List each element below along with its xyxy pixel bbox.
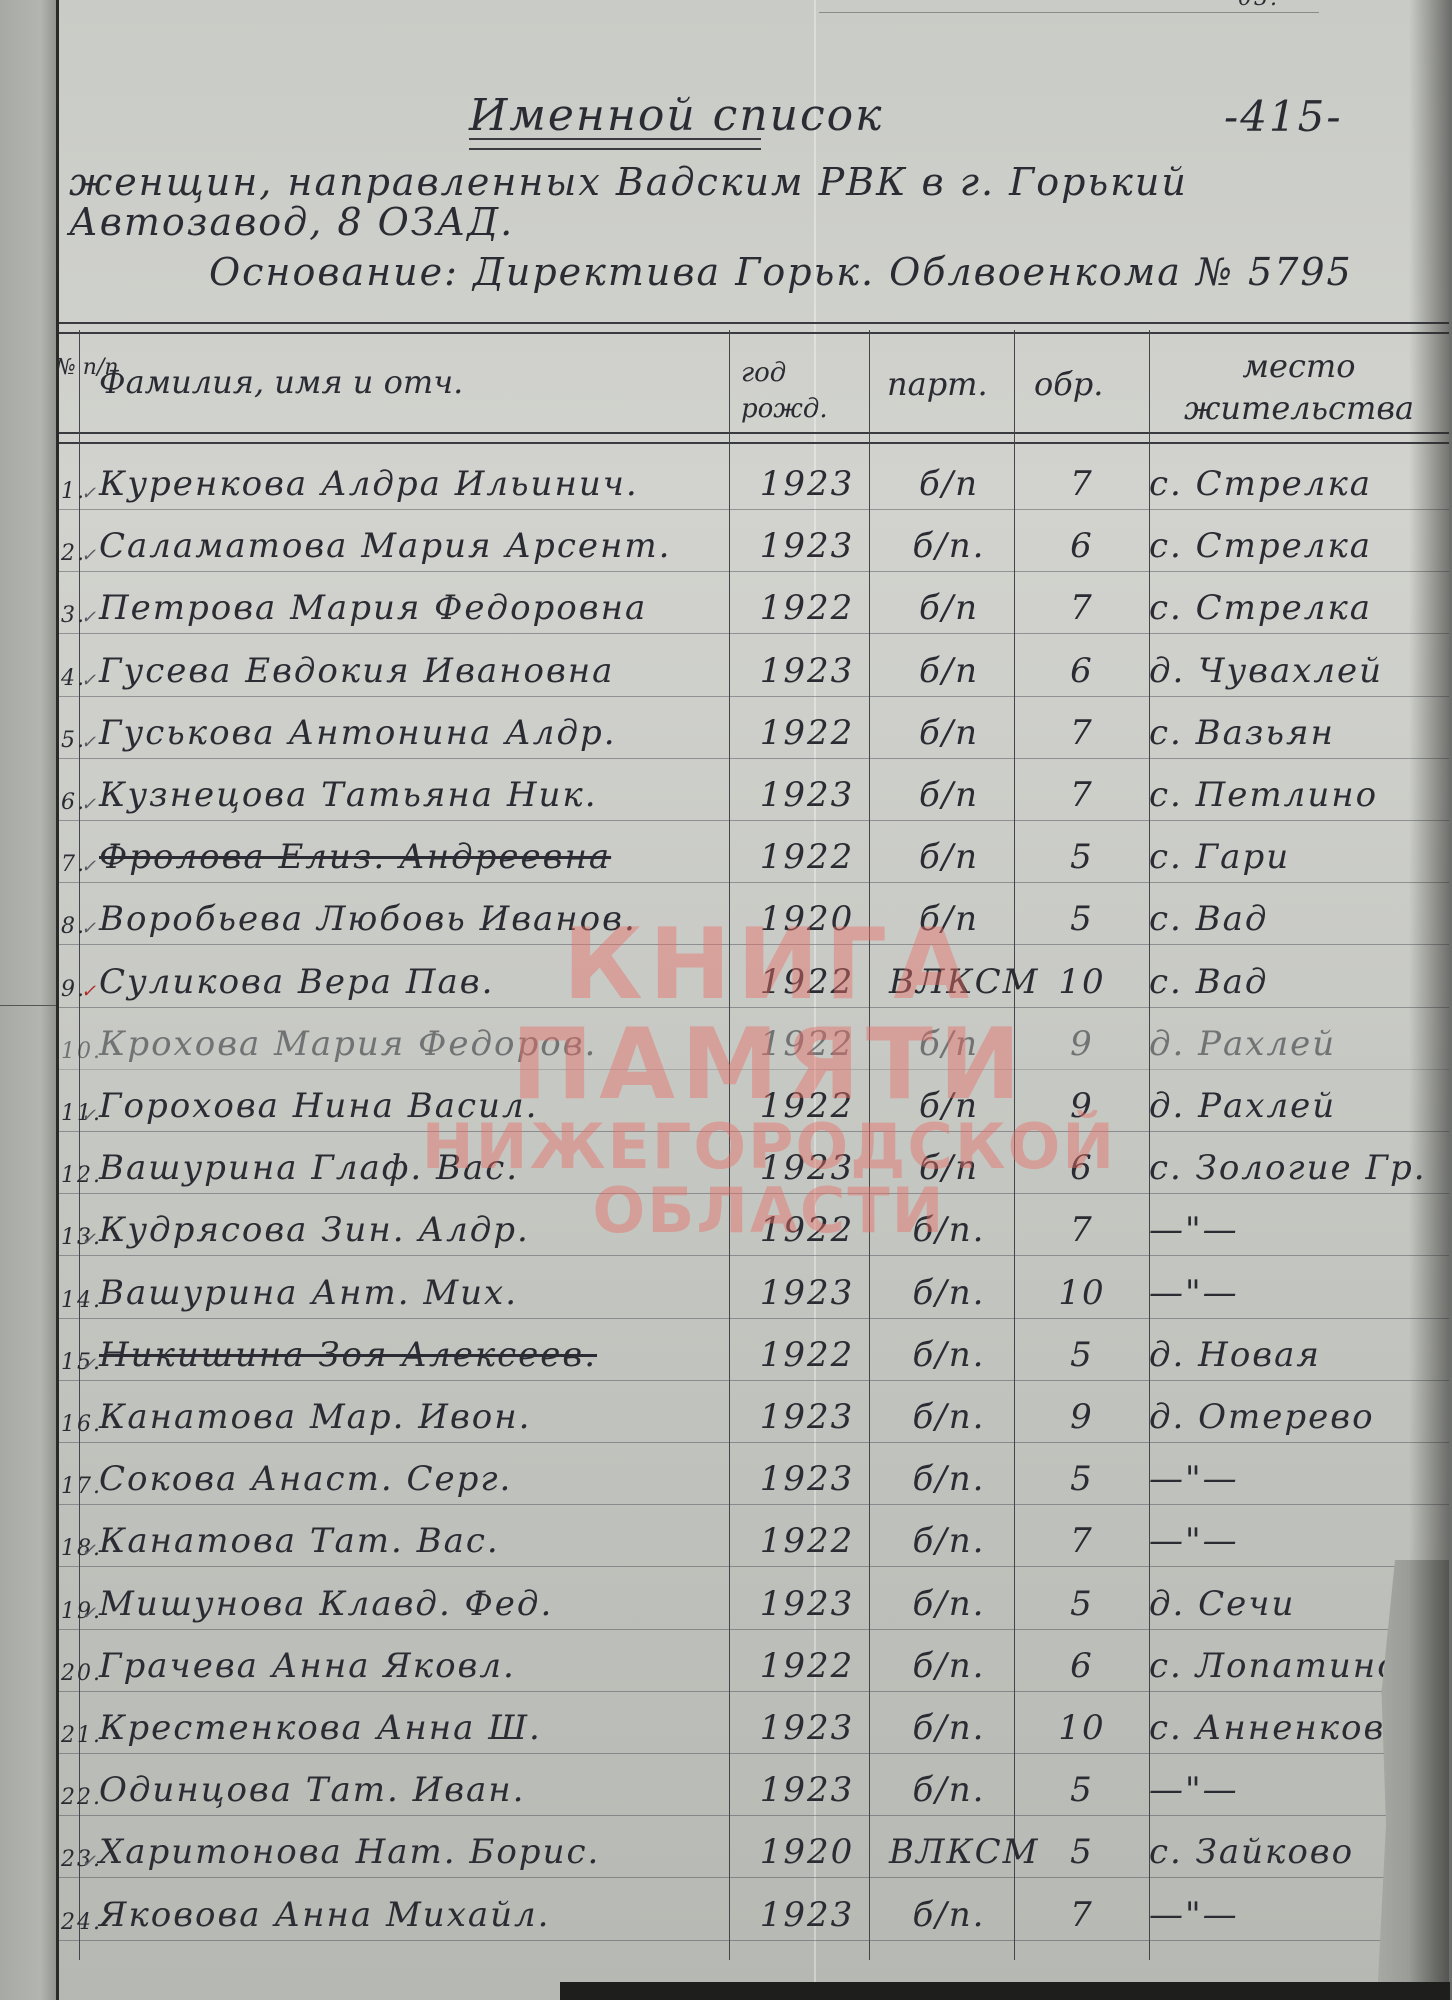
table-row: 24.Яковова Анна Михайл.1923б/п.7—"—	[59, 1879, 1449, 1941]
row-number: 12.	[61, 1163, 102, 1188]
top-corner-mark: 03.	[1238, 0, 1279, 11]
person-name: Одинцова Тат. Иван.	[99, 1770, 526, 1810]
header-name: Фамилия, имя и отч.	[99, 363, 463, 401]
person-name: Саламатова Мария Арсент.	[99, 526, 671, 566]
check-mark-icon: ✓	[81, 794, 98, 815]
education-grade: 9	[1027, 1397, 1137, 1437]
education-grade: 6	[1027, 1148, 1137, 1188]
party-status: ВЛКСМ	[889, 962, 1009, 1002]
residence: с. Стрелка	[1149, 588, 1372, 628]
check-mark-icon: ✓	[81, 1603, 98, 1624]
person-name: Петрова Мария Федоровна	[99, 588, 647, 628]
top-paper-strip: 03.	[819, 0, 1319, 13]
residence: д. Рахлей	[1149, 1086, 1336, 1126]
table-row: 16.Канатова Мар. Ивон.1923б/п.9д. Отерев…	[59, 1381, 1449, 1443]
education-grade: 5	[1027, 1770, 1137, 1810]
party-status: б/п.	[889, 1646, 1009, 1686]
header-year: год рожд.	[741, 355, 831, 427]
education-grade: 7	[1027, 775, 1137, 815]
row-number: 10.	[61, 1039, 102, 1064]
education-grade: 10	[1027, 962, 1137, 1002]
row-number: 24.	[61, 1910, 102, 1935]
page-number: -415-	[1224, 92, 1343, 141]
check-mark-icon: ✓	[81, 483, 98, 504]
table-row: 23.✓Харитонова Нат. Борис.1920ВЛКСМ5с. З…	[59, 1816, 1449, 1878]
check-mark-icon: ✓	[81, 670, 98, 691]
birth-year: 1923	[747, 1895, 867, 1935]
education-grade: 6	[1027, 1646, 1137, 1686]
table-header: № п/п Фамилия, имя и отч. год рожд. парт…	[59, 335, 1449, 435]
table-row: 6.✓Кузнецова Татьяна Ник.1923б/п7с. Петл…	[59, 759, 1449, 821]
education-grade: 7	[1027, 1895, 1137, 1935]
residence: с. Анненково	[1149, 1708, 1408, 1748]
residence: д. Новая	[1149, 1335, 1321, 1375]
birth-year: 1920	[747, 899, 867, 939]
birth-year: 1923	[747, 1584, 867, 1624]
table-row: 19.✓Мишунова Клавд. Фед.1923б/п.5д. Сечи	[59, 1568, 1449, 1630]
person-name: Канатова Тат. Вас.	[99, 1521, 500, 1561]
birth-year: 1923	[747, 1148, 867, 1188]
birth-year: 1920	[747, 1832, 867, 1872]
person-name: Сокова Анаст. Серг.	[99, 1459, 512, 1499]
party-status: б/п.	[889, 1459, 1009, 1499]
party-status: б/п.	[889, 1210, 1009, 1250]
residence: —"—	[1149, 1770, 1239, 1810]
education-grade: 7	[1027, 588, 1137, 628]
education-grade: 5	[1027, 899, 1137, 939]
birth-year: 1923	[747, 1397, 867, 1437]
person-name: Гусева Евдокия Ивановна	[99, 651, 614, 691]
birth-year: 1923	[747, 526, 867, 566]
residence: —"—	[1149, 1895, 1239, 1935]
check-mark-icon: ✓	[81, 1105, 98, 1126]
header-residence: место жительства	[1169, 345, 1429, 429]
birth-year: 1923	[747, 1459, 867, 1499]
person-name: Грачева Анна Яковл.	[99, 1646, 516, 1686]
education-grade: 5	[1027, 837, 1137, 877]
check-mark-icon: ✓	[81, 1229, 98, 1250]
table-row: 18.✓Канатова Тат. Вас.1922б/п.7—"—	[59, 1505, 1449, 1567]
row-number: 16.	[61, 1412, 102, 1437]
residence: —"—	[1149, 1521, 1239, 1561]
table-row: 5.✓Гуськова Антонина Алдр.1922б/п7с. Ваз…	[59, 697, 1449, 759]
birth-year: 1922	[747, 713, 867, 753]
party-status: б/п	[889, 1086, 1009, 1126]
birth-year: 1922	[747, 837, 867, 877]
education-grade: 7	[1027, 713, 1137, 753]
table-row: 3.✓Петрова Мария Федоровна1922б/п7с. Стр…	[59, 572, 1449, 634]
residence: —"—	[1149, 1273, 1239, 1313]
education-grade: 5	[1027, 1459, 1137, 1499]
party-status: б/п	[889, 1024, 1009, 1064]
birth-year: 1923	[747, 1273, 867, 1313]
education-grade: 6	[1027, 651, 1137, 691]
residence: с. Петлино	[1149, 775, 1378, 815]
party-status: б/п	[889, 588, 1009, 628]
party-status: б/п.	[889, 1770, 1009, 1810]
table-row: 2.✓Саламатова Мария Арсент.1923б/п.6с. С…	[59, 510, 1449, 572]
subtitle-line-1: женщин, направленных Вадским РВК в г. Го…	[69, 160, 1188, 204]
person-name: Вашурина Ант. Мих.	[99, 1273, 518, 1313]
residence: —"—	[1149, 1210, 1239, 1250]
table-row: 11.✓Горохова Нина Васил.1922б/п9д. Рахле…	[59, 1070, 1449, 1132]
person-name: Суликова Вера Пав.	[99, 962, 494, 1002]
residence: д. Сечи	[1149, 1584, 1295, 1624]
party-status: б/п	[889, 837, 1009, 877]
check-mark-icon: ✓	[81, 545, 98, 566]
party-status: б/п.	[889, 1335, 1009, 1375]
header-edu: обр.	[1034, 365, 1103, 403]
basis-line: Основание: Директива Горьк. Облвоенкома …	[209, 250, 1353, 294]
residence: с. Вазьян	[1149, 713, 1335, 753]
table-row: 10.Крохова Мария Федоров.1922б/п9д. Рахл…	[59, 1008, 1449, 1070]
table-row: 14.Вашурина Ант. Мих.1923б/п.10—"—	[59, 1257, 1449, 1319]
check-mark-icon: ✓	[81, 607, 98, 628]
residence: с. Вад	[1149, 962, 1268, 1002]
person-name: Воробьева Любовь Иванов.	[99, 899, 637, 939]
education-grade: 5	[1027, 1832, 1137, 1872]
table-row: 22.Одинцова Тат. Иван.1923б/п.5—"—	[59, 1754, 1449, 1816]
birth-year: 1922	[747, 962, 867, 1002]
person-name: Никишина Зоя Алексеев.	[99, 1335, 597, 1375]
birth-year: 1922	[747, 1086, 867, 1126]
row-number: 17.	[61, 1474, 102, 1499]
person-name: Канатова Мар. Ивон.	[99, 1397, 531, 1437]
document-title: Именной список	[469, 90, 883, 141]
party-status: б/п	[889, 464, 1009, 504]
education-grade: 7	[1027, 1210, 1137, 1250]
party-status: б/п	[889, 899, 1009, 939]
bottom-shadow	[560, 1982, 1450, 2000]
row-number: 21.	[61, 1723, 102, 1748]
party-status: б/п.	[889, 1273, 1009, 1313]
party-status: б/п	[889, 651, 1009, 691]
header-party: парт.	[887, 365, 988, 403]
party-status: б/п.	[889, 1584, 1009, 1624]
table-top-double-rule	[59, 322, 1449, 334]
check-mark-icon: ✓	[81, 856, 98, 877]
table-row: 1.✓Куренкова Алдра Ильинич.1923б/п7с. Ст…	[59, 448, 1449, 510]
subtitle-line-2: Автозавод, 8 ОЗАД.	[69, 200, 514, 244]
residence: д. Рахлей	[1149, 1024, 1336, 1064]
birth-year: 1923	[747, 1770, 867, 1810]
birth-year: 1922	[747, 1335, 867, 1375]
person-name: Фролова Елиз. Андреевна	[99, 837, 611, 877]
table-row: 21.Крестенкова Анна Ш.1923б/п.10с. Аннен…	[59, 1692, 1449, 1754]
residence: с. Зайково	[1149, 1832, 1354, 1872]
person-name: Кузнецова Татьяна Ник.	[99, 775, 598, 815]
party-status: б/п.	[889, 1895, 1009, 1935]
birth-year: 1923	[747, 1708, 867, 1748]
check-mark-icon: ✓	[81, 981, 98, 1002]
residence: д. Отерево	[1149, 1397, 1375, 1437]
education-grade: 10	[1027, 1708, 1137, 1748]
education-grade: 7	[1027, 464, 1137, 504]
person-name: Харитонова Нат. Борис.	[99, 1832, 600, 1872]
table-row: 4.✓Гусева Евдокия Ивановна1923б/п6д. Чув…	[59, 635, 1449, 697]
table-row: 8.✓Воробьева Любовь Иванов.1920б/п5с. Ва…	[59, 883, 1449, 945]
party-status: ВЛКСМ	[889, 1832, 1009, 1872]
birth-year: 1923	[747, 775, 867, 815]
party-status: б/п.	[889, 1521, 1009, 1561]
birth-year: 1922	[747, 588, 867, 628]
residence: с. Стрелка	[1149, 464, 1372, 504]
check-mark-icon: ✓	[81, 918, 98, 939]
birth-year: 1922	[747, 1210, 867, 1250]
residence: с. Вад	[1149, 899, 1268, 939]
table-row: 20.Грачева Анна Яковл.1922б/п.6с. Лопати…	[59, 1630, 1449, 1692]
birth-year: 1923	[747, 651, 867, 691]
party-status: б/п.	[889, 1397, 1009, 1437]
party-status: б/п.	[889, 526, 1009, 566]
table-row: 7.✓Фролова Елиз. Андреевна1922б/п5с. Гар…	[59, 821, 1449, 883]
person-name: Гуськова Антонина Алдр.	[99, 713, 617, 753]
residence: с. Лопатино	[1149, 1646, 1400, 1686]
person-name: Крохова Мария Федоров.	[99, 1024, 597, 1064]
document-sheet: 03. Именной список -415- женщин, направл…	[56, 0, 1449, 2000]
party-status: б/п	[889, 775, 1009, 815]
check-mark-icon: ✓	[81, 732, 98, 753]
party-status: б/п	[889, 713, 1009, 753]
row-rule	[59, 1940, 1449, 1941]
residence: с. Гари	[1149, 837, 1290, 877]
birth-year: 1923	[747, 464, 867, 504]
party-status: б/п.	[889, 1708, 1009, 1748]
row-number: 14.	[61, 1288, 102, 1313]
birth-year: 1922	[747, 1521, 867, 1561]
residence: —"—	[1149, 1459, 1239, 1499]
person-name: Горохова Нина Васил.	[99, 1086, 538, 1126]
education-grade: 10	[1027, 1273, 1137, 1313]
title-double-underline	[469, 138, 761, 150]
row-number: 20.	[61, 1661, 102, 1686]
education-grade: 7	[1027, 1521, 1137, 1561]
adjacent-page-edge	[0, 0, 58, 2000]
residence: с. Зологие Гр.	[1149, 1148, 1427, 1188]
education-grade: 5	[1027, 1335, 1137, 1375]
check-mark-icon: ✓	[81, 1851, 98, 1872]
education-grade: 9	[1027, 1024, 1137, 1064]
person-name: Яковова Анна Михайл.	[99, 1895, 551, 1935]
person-name: Мишунова Клавд. Фед.	[99, 1584, 553, 1624]
table-row: 12.Вашурина Глаф. Вас.1923б/п6с. Зологие…	[59, 1132, 1449, 1194]
person-name: Куренкова Алдра Ильинич.	[99, 464, 639, 504]
page-fold-line	[0, 1005, 58, 1006]
check-mark-icon: ✓	[81, 1540, 98, 1561]
table-row: 15.✓Никишина Зоя Алексеев.1922б/п.5д. Но…	[59, 1319, 1449, 1381]
person-name: Крестенкова Анна Ш.	[99, 1708, 542, 1748]
birth-year: 1922	[747, 1646, 867, 1686]
residence: д. Чувахлей	[1149, 651, 1383, 691]
birth-year: 1922	[747, 1024, 867, 1064]
education-grade: 6	[1027, 526, 1137, 566]
table-row: 17.Сокова Анаст. Серг.1923б/п.5—"—	[59, 1443, 1449, 1505]
row-number: 22.	[61, 1785, 102, 1810]
education-grade: 5	[1027, 1584, 1137, 1624]
education-grade: 9	[1027, 1086, 1137, 1126]
party-status: б/п	[889, 1148, 1009, 1188]
person-name: Кудрясова Зин. Алдр.	[99, 1210, 530, 1250]
residence: с. Стрелка	[1149, 526, 1372, 566]
table-row: 13.✓Кудрясова Зин. Алдр.1922б/п.7—"—	[59, 1194, 1449, 1256]
check-mark-icon: ✓	[81, 1354, 98, 1375]
person-name: Вашурина Глаф. Вас.	[99, 1148, 519, 1188]
table-row: 9.✓Суликова Вера Пав.1922ВЛКСМ10с. Вад	[59, 946, 1449, 1008]
